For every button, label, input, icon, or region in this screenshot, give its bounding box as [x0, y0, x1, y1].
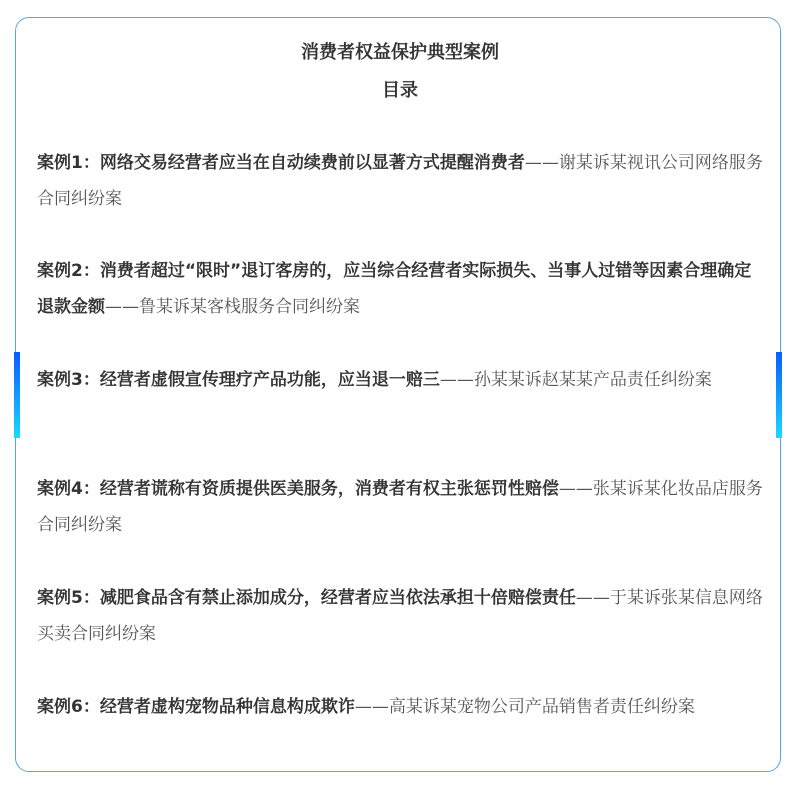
- case-label: 案例1：: [37, 153, 100, 173]
- case-label: 案例3：: [37, 370, 100, 390]
- case-headline: 网络交易经营者应当在自动续费前以显著方式提醒消费者: [100, 153, 525, 173]
- left-accent-bar: [14, 352, 20, 438]
- case-item-6[interactable]: 案例6：经营者虚构宠物品种信息构成欺诈——高某诉某宠物公司产品销售者责任纠纷案: [37, 689, 765, 725]
- right-accent-bar: [776, 352, 782, 438]
- case-item-3[interactable]: 案例3：经营者虚假宣传理疗产品功能，应当退一赔三——孙某某诉赵某某产品责任纠纷案: [37, 362, 765, 398]
- case-item-1[interactable]: 案例1：网络交易经营者应当在自动续费前以显著方式提醒消费者——谢某诉某视讯公司网…: [37, 145, 765, 217]
- case-headline: 经营者虚构宠物品种信息构成欺诈: [100, 697, 355, 717]
- case-label: 案例4：: [37, 479, 100, 499]
- case-label: 案例6：: [37, 697, 100, 717]
- case-parties: ——孙某某诉赵某某产品责任纠纷案: [440, 370, 712, 390]
- case-headline: 减肥食品含有禁止添加成分，经营者应当依法承担十倍赔偿责任: [100, 588, 576, 608]
- case-item-5[interactable]: 案例5：减肥食品含有禁止添加成分，经营者应当依法承担十倍赔偿责任——于某诉张某信…: [37, 580, 765, 652]
- case-parties: ——高某诉某宠物公司产品销售者责任纠纷案: [355, 697, 695, 717]
- case-label: 案例2：: [37, 261, 100, 281]
- case-headline: 经营者谎称有资质提供医美服务，消费者有权主张惩罚性赔偿: [100, 479, 559, 499]
- toc-heading: 目录: [0, 76, 800, 102]
- case-item-2[interactable]: 案例2：消费者超过“限时”退订客房的，应当综合经营者实际损失、当事人过错等因素合…: [37, 253, 765, 325]
- case-headline: 经营者虚假宣传理疗产品功能，应当退一赔三: [100, 370, 440, 390]
- case-item-4[interactable]: 案例4：经营者谎称有资质提供医美服务，消费者有权主张惩罚性赔偿——张某诉某化妆品…: [37, 471, 765, 543]
- case-parties: ——鲁某诉某客栈服务合同纠纷案: [105, 297, 360, 317]
- document-title: 消费者权益保护典型案例: [0, 38, 800, 64]
- case-label: 案例5：: [37, 588, 100, 608]
